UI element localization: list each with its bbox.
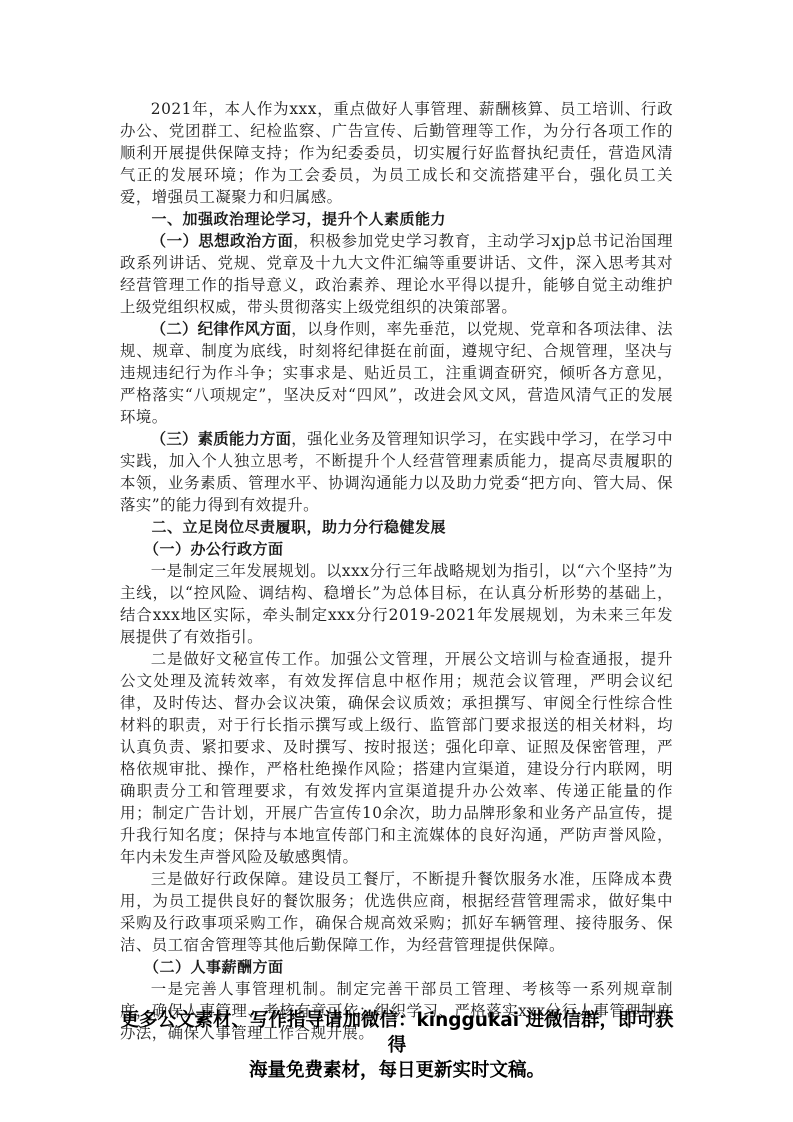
paragraph-secretarial-publicity: 二是做好文秘宣传工作。加强公文管理，开展公文培训与检查通报，提升公文处理及流转效…: [120, 648, 673, 868]
item-lead: （一）思想政治方面: [151, 232, 293, 250]
promo-footer: 更多公文素材、写作指导请加微信：kinggukai 进微信群，即可获得 海量免费…: [112, 1008, 682, 1083]
promo-footer-line-2: 海量免费素材，每日更新实时文稿。: [112, 1058, 682, 1083]
paragraph-development-plan: 一是制定三年发展规划。以xxx分行三年战略规划为指引，以“六个坚持”为主线，以“…: [120, 560, 673, 648]
promo-footer-line-1: 更多公文素材、写作指导请加微信：kinggukai 进微信群，即可获得: [112, 1008, 682, 1058]
item-discipline-style: （二）纪律作风方面，以身作则，率先垂范，以党规、党章和各项法律、法规、规章、制度…: [120, 318, 673, 428]
subsection-heading-hr-payroll: （二）人事薪酬方面: [120, 956, 673, 978]
item-quality-ability: （三）素质能力方面，强化业务及管理知识学习，在实践中学习，在学习中实践，加入个人…: [120, 428, 673, 516]
section-heading-1: 一、加强政治理论学习，提升个人素质能力: [120, 208, 673, 230]
section-heading-2: 二、立足岗位尽责履职，助力分行稳健发展: [120, 516, 673, 538]
item-lead: （三）素质能力方面: [151, 430, 291, 448]
item-political-thought: （一）思想政治方面，积极参加党史学习教育，主动学习xjp总书记治国理政系列讲话、…: [120, 230, 673, 318]
document-body: 2021年，本人作为xxx，重点做好人事管理、薪酬核算、员工培训、行政办公、党团…: [120, 98, 673, 1044]
subsection-heading-office-admin: （一）办公行政方面: [120, 538, 673, 560]
intro-paragraph: 2021年，本人作为xxx，重点做好人事管理、薪酬核算、员工培训、行政办公、党团…: [120, 98, 673, 208]
paragraph-admin-support: 三是做好行政保障。建设员工餐厅，不断提升餐饮服务水准，压降成本费用，为员工提供良…: [120, 868, 673, 956]
item-lead: （二）纪律作风方面: [151, 320, 291, 338]
